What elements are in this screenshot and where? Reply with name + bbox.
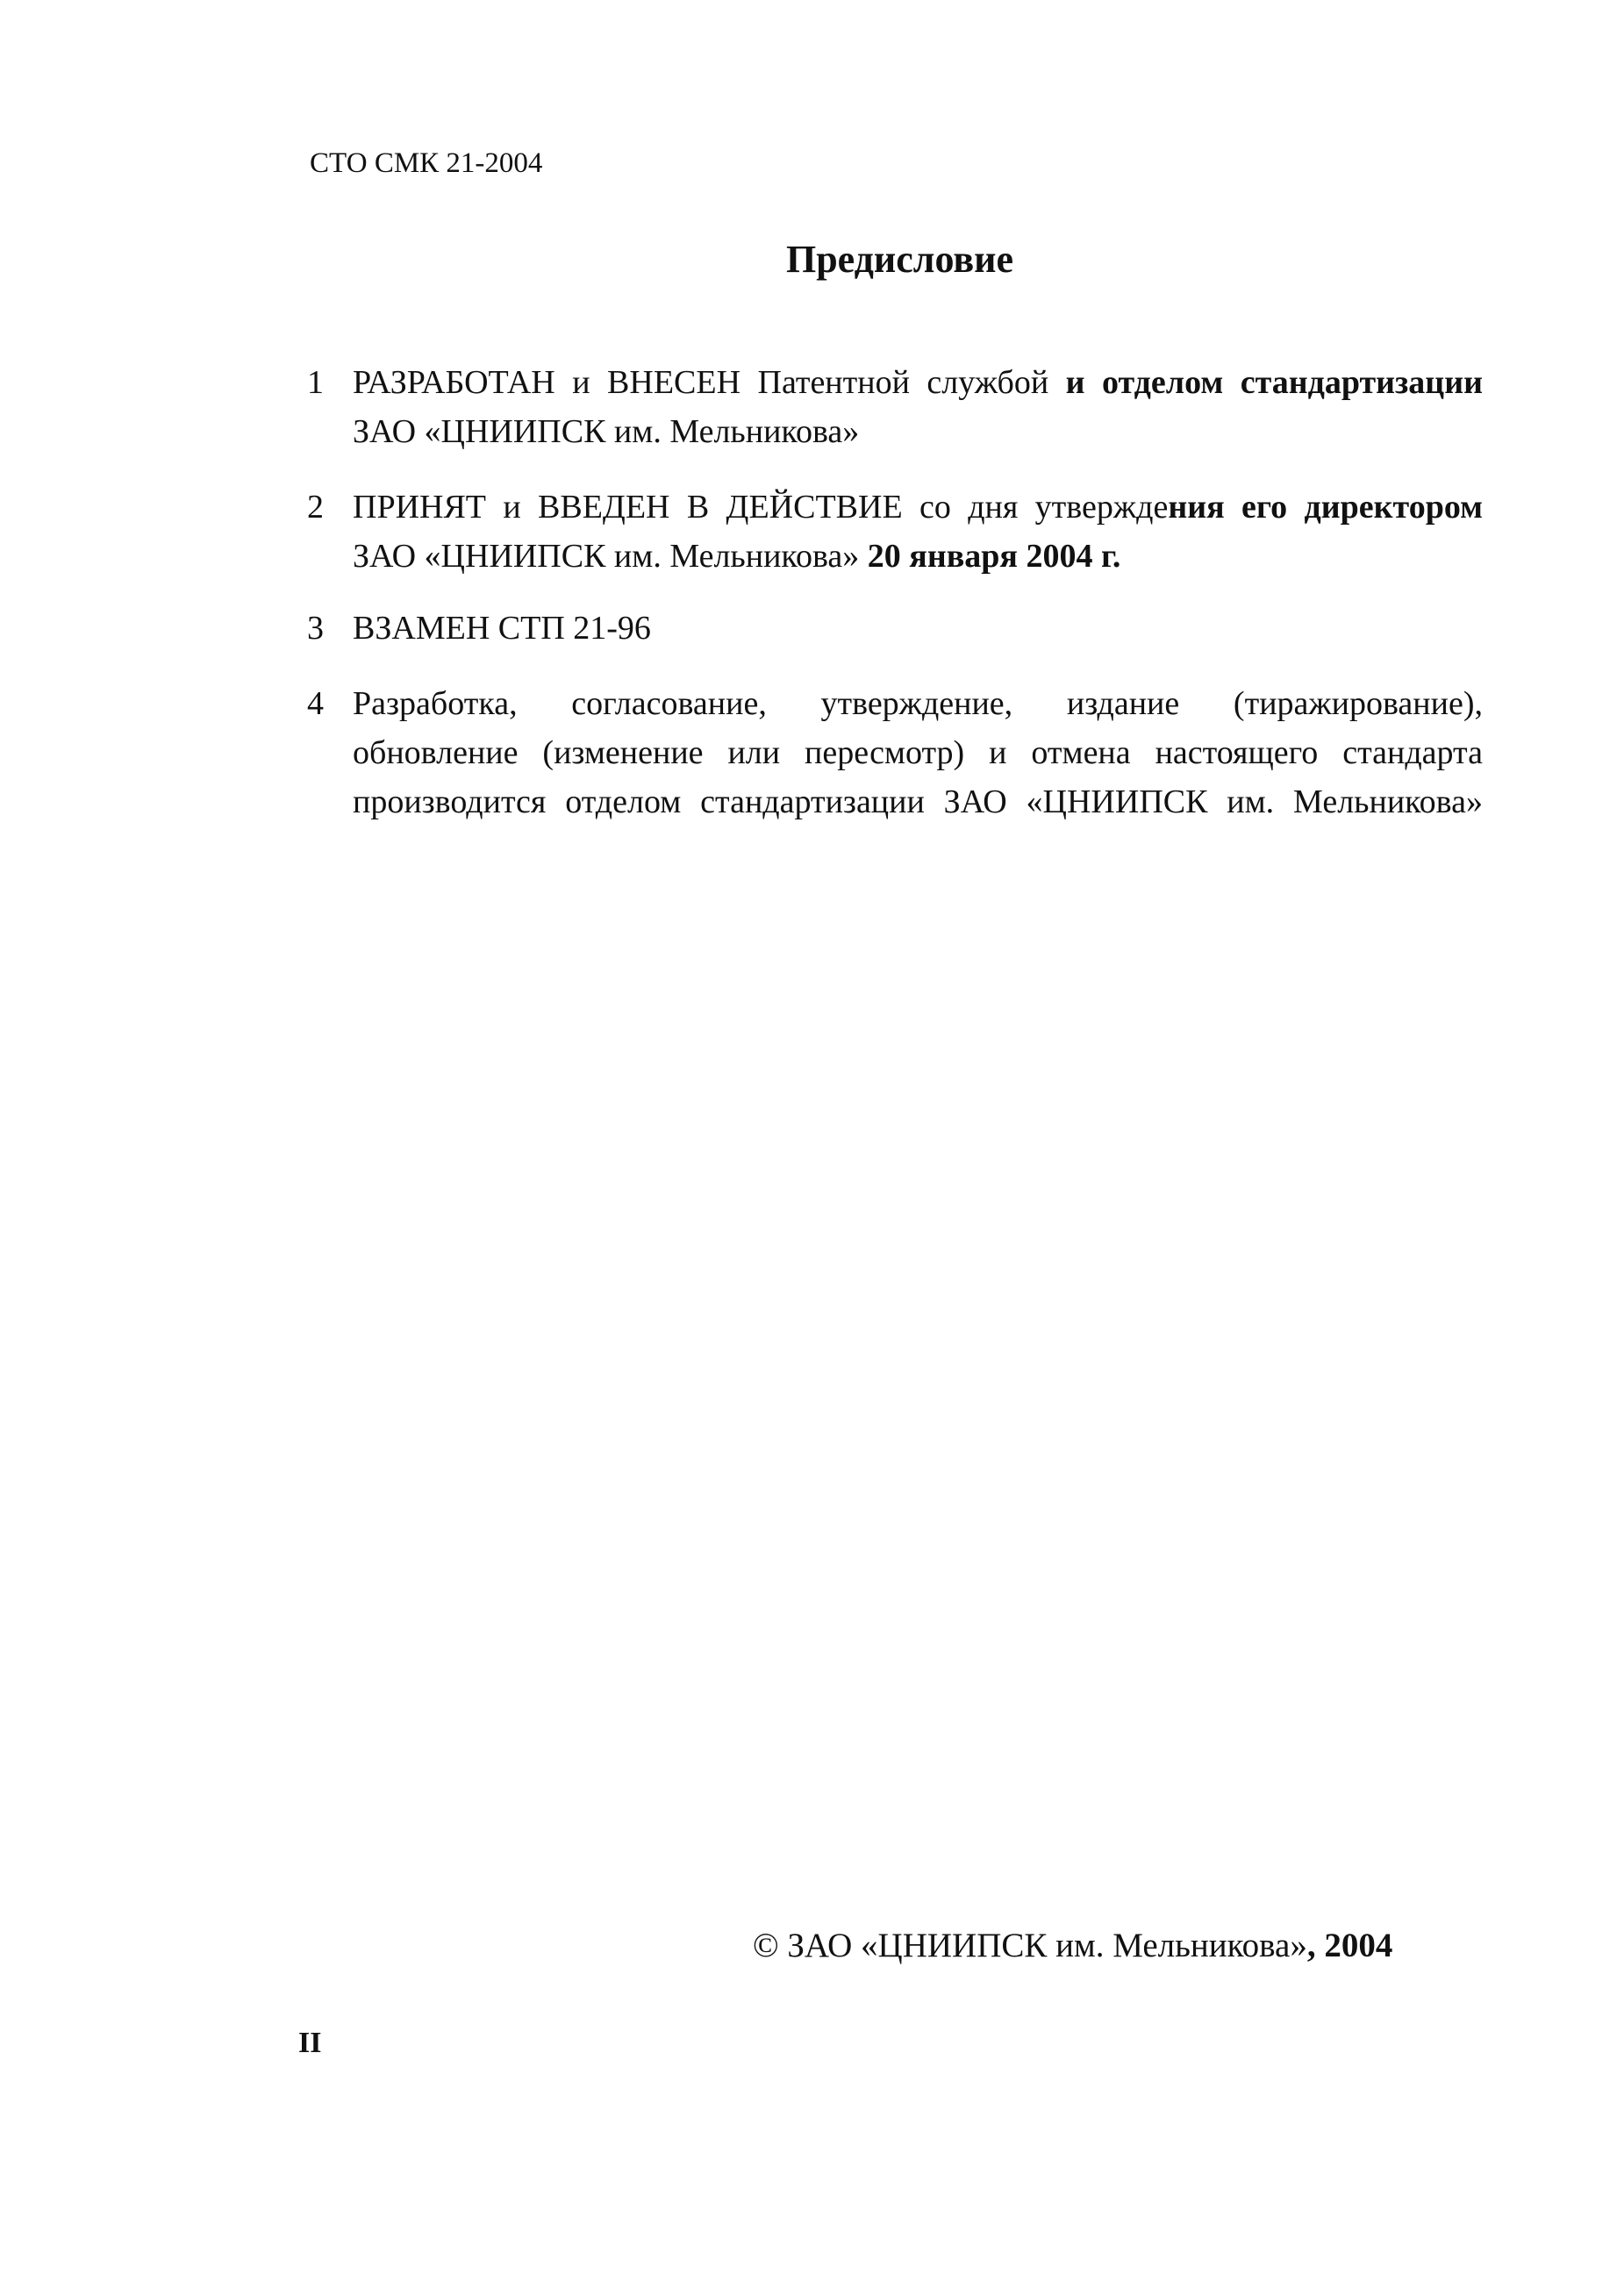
preface-item-2: 2 ПРИНЯТ и ВВЕДЕН В ДЕЙСТВИЕ со дня утве…: [307, 483, 1483, 581]
page-title: Предисловие: [0, 237, 1624, 282]
item-line: ЗАО «ЦНИИПСК им. Мельникова» 20 января 2…: [353, 532, 1483, 581]
item-number: 1: [307, 358, 324, 407]
item-line: производится отделом стандартизации ЗАО …: [353, 777, 1483, 826]
preface-item-1: 1 РАЗРАБОТАН и ВНЕСЕН Патентной службой …: [307, 358, 1483, 456]
item-line: РАЗРАБОТАН и ВНЕСЕН Патентной службой и …: [353, 358, 1483, 407]
preface-item-4: 4 Разработка, согласование, утверждение,…: [307, 679, 1483, 826]
item-number: 3: [307, 604, 324, 653]
item-line: ПРИНЯТ и ВВЕДЕН В ДЕЙСТВИЕ со дня утверж…: [353, 483, 1483, 532]
item-line: Разработка, согласование, утверждение, и…: [353, 679, 1483, 728]
item-number: 4: [307, 679, 324, 728]
item-line: ВЗАМЕН СТП 21-96: [353, 604, 1483, 653]
page-number: II: [298, 2027, 321, 2060]
item-line: ЗАО «ЦНИИПСК им. Мельникова»: [353, 407, 1483, 456]
document-code: СТО СМК 21-2004: [310, 147, 542, 180]
item-number: 2: [307, 483, 324, 532]
copyright-notice: © ЗАО «ЦНИИПСК им. Мельникова», 2004: [753, 1926, 1392, 1965]
preface-item-3: 3 ВЗАМЕН СТП 21-96: [307, 604, 1483, 653]
item-line: обновление (изменение или пересмотр) и о…: [353, 728, 1483, 777]
